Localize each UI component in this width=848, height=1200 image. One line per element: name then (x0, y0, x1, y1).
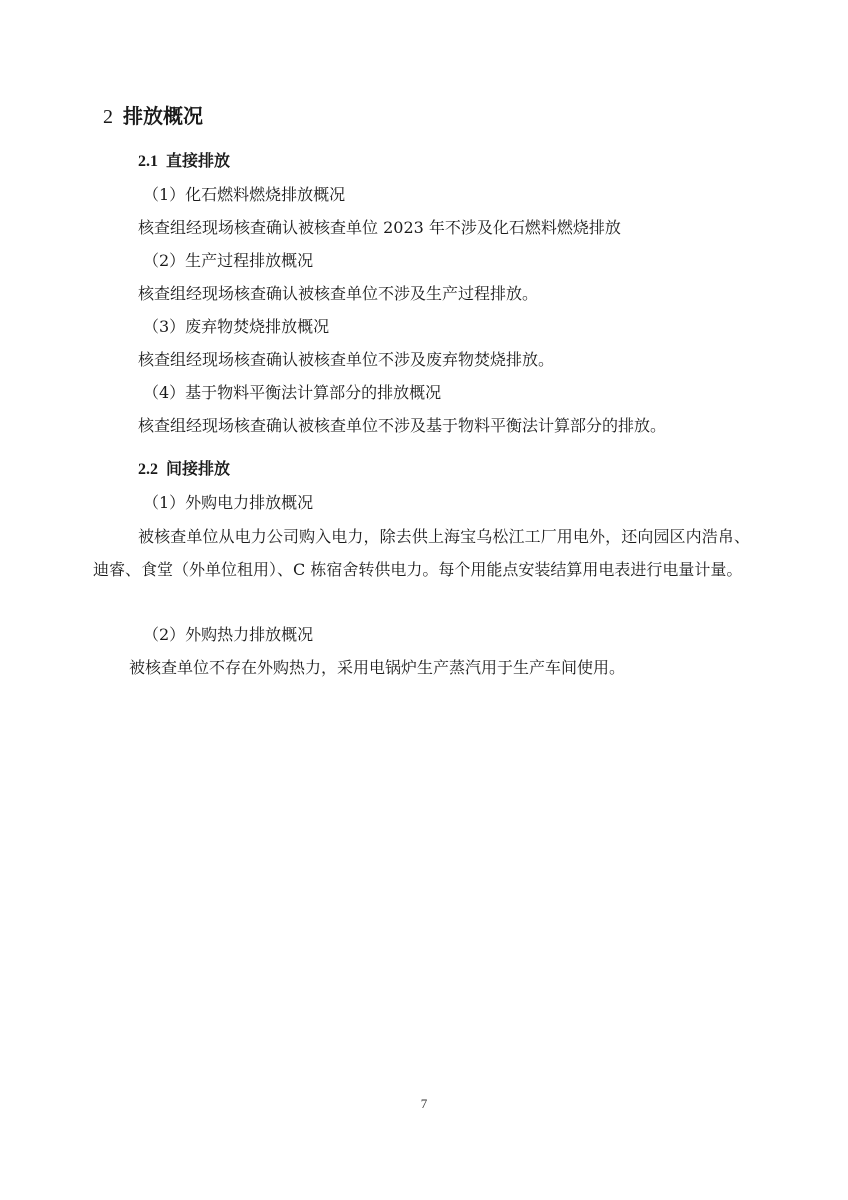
item-label-material-balance: （4）基于物料平衡法计算部分的排放概况 (143, 383, 441, 403)
section-number: 2 (103, 106, 113, 128)
item-label-purchased-electricity: （1）外购电力排放概况 (143, 493, 313, 513)
item-label-waste-incineration: （3）废弃物焚烧排放概况 (143, 317, 329, 337)
section-title: 排放概况 (123, 104, 203, 128)
subsection-title: 直接排放 (166, 151, 230, 170)
item-text-waste-incineration: 核查组经现场核查确认被核查单位不涉及废弃物焚烧排放。 (138, 350, 554, 370)
subsection-title: 间接排放 (166, 459, 230, 478)
item-text-fossil-fuel: 核查组经现场核查确认被核查单位 2023 年不涉及化石燃料燃烧排放 (138, 218, 621, 238)
item-label-fossil-fuel: （1）化石燃料燃烧排放概况 (143, 185, 345, 205)
item-text-material-balance: 核查组经现场核查确认被核查单位不涉及基于物料平衡法计算部分的排放。 (138, 416, 666, 436)
subsection-number: 2.1 (138, 153, 158, 170)
section-heading: 2排放概况 (103, 104, 203, 129)
subsection-number: 2.2 (138, 461, 158, 478)
page-number: 7 (0, 1096, 848, 1112)
item-label-purchased-heat: （2）外购热力排放概况 (143, 625, 313, 645)
item-text-purchased-electricity: 被核查单位从电力公司购入电力，除去供上海宝乌松江工厂用电外，还向园区内浩帛、迪睿… (93, 520, 750, 586)
subsection-heading-direct: 2.1直接排放 (138, 151, 230, 172)
document-page: 2排放概况 2.1直接排放 （1）化石燃料燃烧排放概况 核查组经现场核查确认被核… (0, 0, 848, 1200)
item-text-production-process: 核查组经现场核查确认被核查单位不涉及生产过程排放。 (138, 284, 538, 304)
subsection-heading-indirect: 2.2间接排放 (138, 459, 230, 480)
item-label-production-process: （2）生产过程排放概况 (143, 251, 313, 271)
item-text-purchased-heat: 被核查单位不存在外购热力，采用电锅炉生产蒸汽用于生产车间使用。 (129, 658, 625, 678)
